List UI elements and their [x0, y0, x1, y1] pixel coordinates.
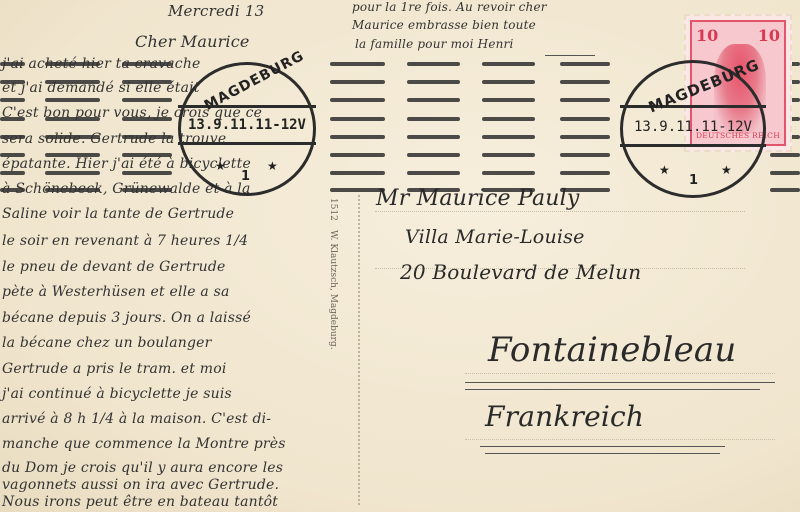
cancellation-bar: [330, 98, 385, 102]
message-continuation-line: la famille pour moi Henri: [355, 37, 514, 51]
cancellation-bar: [407, 117, 460, 121]
message-line: le soir en revenant à 7 heures 1/4: [2, 233, 248, 249]
country-underline: [480, 446, 725, 447]
printer-imprint: W. Klautzsch, Magdeburg.: [328, 230, 338, 350]
cancellation-bar: [407, 171, 460, 175]
address-city: Fontainebleau: [488, 330, 736, 370]
stamp-value-left: 10: [696, 26, 718, 45]
print-number: 1512: [328, 198, 338, 221]
cancellation-bar: [330, 62, 385, 66]
star-icon: ★: [659, 163, 670, 177]
cancellation-bar: [330, 135, 385, 139]
star-icon: ★: [721, 163, 732, 177]
cancellation-bar: [560, 62, 610, 66]
postmark-left: MAGDEBURG 13.9.11.11-12V ★ ★ 1: [178, 62, 316, 196]
signature-underline: [545, 55, 595, 56]
cancellation-bar: [482, 171, 535, 175]
message-line: et j'ai demandé si elle était: [2, 80, 200, 96]
message-line: arrivé à 8 h 1/4 à la maison. C'est di-: [2, 411, 271, 427]
cancellation-bar: [407, 80, 460, 84]
recipient-name: Mr Maurice Pauly: [376, 186, 580, 211]
star-icon: ★: [267, 159, 278, 173]
message-line: vagonnets aussi on ira avec Gertrude.: [2, 477, 279, 493]
cancellation-bar: [330, 171, 385, 175]
star-icon: ★: [215, 159, 226, 173]
cancellation-bar: [770, 153, 800, 157]
cancellation-bar: [407, 98, 460, 102]
cancellation-bar: [330, 117, 385, 121]
cancellation-bar: [122, 98, 172, 102]
message-continuation-line: pour la 1re fois. Au revoir cher: [352, 0, 547, 14]
message-salutation: Cher Maurice: [135, 32, 250, 51]
cancellation-bar: [482, 80, 535, 84]
cancellation-bar: [560, 153, 610, 157]
cancellation-bar: [0, 98, 25, 102]
message-line: j'ai acheté hier ta cravache: [2, 56, 201, 72]
postmark-date: 13.9.11.11-12V: [181, 117, 313, 133]
cancellation-bar: [407, 62, 460, 66]
cancellation-bar: [482, 98, 535, 102]
address-line-1: Villa Marie-Louise: [405, 226, 585, 248]
address-guide-line: [375, 211, 745, 212]
message-line: la bécane chez un boulanger: [2, 335, 212, 351]
postmark-right: MAGDEBURG 13.9.11.11-12V ★ ★ 1: [620, 60, 766, 198]
cancellation-bar: [482, 117, 535, 121]
address-guide-line: [465, 439, 775, 440]
postcard-back: Mercredi 13 Cher Maurice j'ai acheté hie…: [0, 0, 800, 512]
cancellation-bar: [45, 98, 100, 102]
address-line-2: 20 Boulevard de Melun: [400, 260, 641, 284]
city-underline: [465, 382, 775, 383]
cancellation-bar: [770, 171, 800, 175]
message-continuation-line: Maurice embrasse bien toute: [352, 18, 536, 32]
cancellation-bar: [560, 80, 610, 84]
message-line: manche que commence la Montre près: [2, 436, 286, 452]
message-line: le pneu de devant de Gertrude: [2, 259, 225, 275]
cancellation-bar: [482, 135, 535, 139]
message-line: du Dom je crois qu'il y aura encore les: [2, 460, 283, 476]
cancellation-bar: [407, 135, 460, 139]
cancellation-bar: [560, 171, 610, 175]
cancellation-bar: [407, 153, 460, 157]
cancellation-bar: [560, 98, 610, 102]
cancellation-bar: [330, 80, 385, 84]
postmark-date: 13.9.11.11-12V: [623, 119, 763, 135]
message-date: Mercredi 13: [168, 2, 264, 20]
address-country: Frankreich: [485, 400, 644, 433]
postmark-office-number: 1: [689, 173, 698, 188]
postmark-office-number: 1: [241, 169, 250, 184]
cancellation-bar: [482, 62, 535, 66]
city-underline: [465, 389, 760, 390]
message-line: Nous irons peut être en bateau tantôt: [2, 494, 278, 510]
message-line: Saline voir la tante de Gertrude: [2, 206, 234, 222]
country-underline: [485, 453, 720, 454]
message-line: bécane depuis 3 jours. On a laissé: [2, 310, 251, 326]
message-line: j'ai continué à bicyclette je suis: [2, 386, 232, 402]
cancellation-bar: [560, 135, 610, 139]
stamp-value-right: 10: [758, 26, 780, 45]
address-guide-line: [465, 373, 775, 374]
cancellation-bar: [330, 153, 385, 157]
message-line: Gertrude a pris le tram. et moi: [2, 361, 227, 377]
card-divider: [358, 195, 360, 505]
message-line: pète à Westerhüsen et elle a sa: [2, 284, 230, 300]
cancellation-bar: [770, 188, 800, 192]
cancellation-bar: [560, 117, 610, 121]
cancellation-bar: [482, 153, 535, 157]
